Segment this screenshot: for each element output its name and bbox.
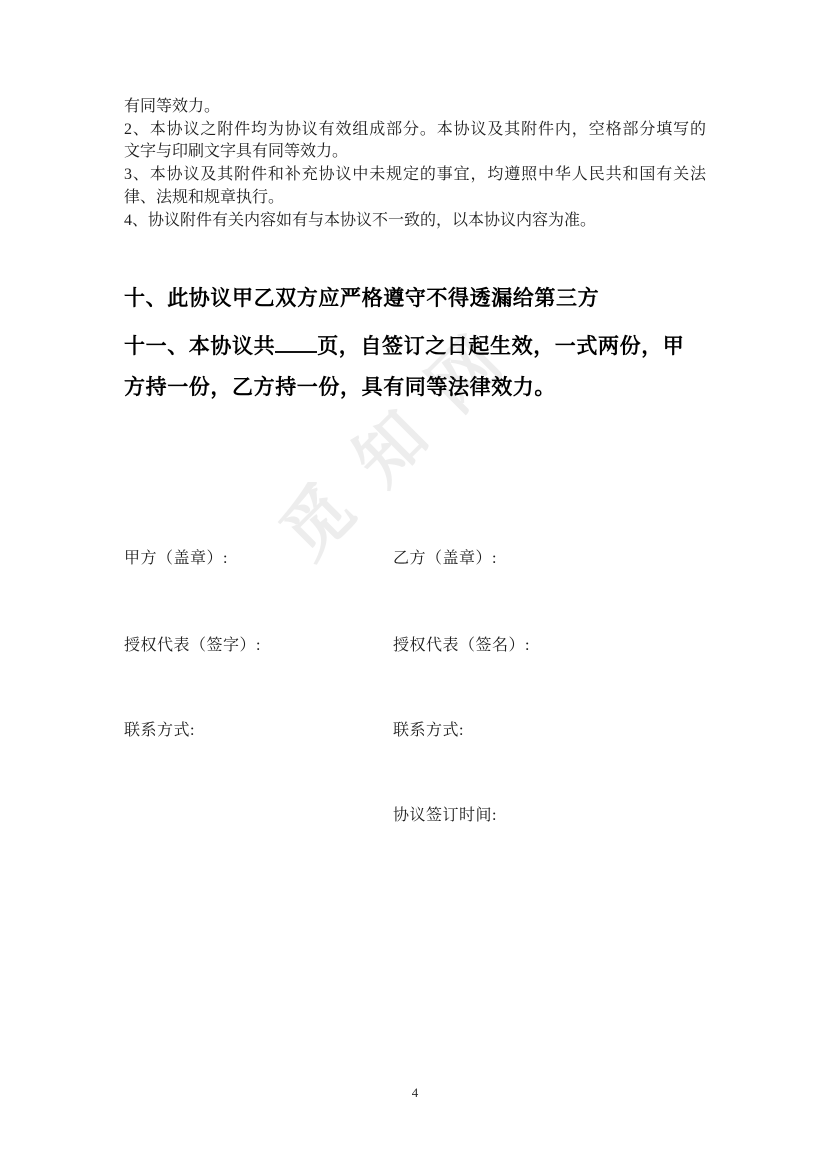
clause-ten-heading: 十、此协议甲乙双方应严格遵守不得透漏给第三方 bbox=[124, 282, 724, 312]
party-a-seal-label: 甲方（盖章）: bbox=[124, 545, 228, 568]
clause-eleven-line1: 十一、本协议共页，自签订之日起生效，一式两份，甲 bbox=[124, 326, 724, 367]
clause-eleven-line2: 方持一份，乙方持一份，具有同等法律效力。 bbox=[124, 367, 724, 408]
clause-line: 3、本协议及其附件和补充协议中未规定的事宜，均遵照中华人民共和国有关法 bbox=[124, 164, 706, 187]
party-a-contact-label: 联系方式: bbox=[124, 717, 195, 740]
document-page: 觅知网 有同等效力。 2、本协议之附件均为协议有效组成部分。本协议及其附件内，空… bbox=[0, 0, 830, 1174]
clause-eleven-after-blank: 页，自签订之日起生效，一式两份，甲 bbox=[317, 334, 684, 358]
agreement-sign-date-label: 协议签订时间: bbox=[393, 802, 497, 825]
party-b-contact-label: 联系方式: bbox=[393, 717, 464, 740]
clause-line: 有同等效力。 bbox=[124, 96, 706, 119]
clause-line: 2、本协议之附件均为协议有效组成部分。本协议及其附件内，空格部分填写的 bbox=[124, 119, 706, 142]
clause-eleven-prefix: 十一、本协议共 bbox=[124, 334, 275, 358]
party-a-representative-label: 授权代表（签字）: bbox=[124, 632, 261, 655]
clauses-block: 有同等效力。 2、本协议之附件均为协议有效组成部分。本协议及其附件内，空格部分填… bbox=[124, 96, 706, 232]
party-b-seal-label: 乙方（盖章）: bbox=[393, 545, 497, 568]
party-b-representative-label: 授权代表（签名）: bbox=[393, 632, 530, 655]
clause-line: 文字与印刷文字具有同等效力。 bbox=[124, 141, 706, 164]
clause-line: 4、协议附件有关内容如有与本协议不一致的，以本协议内容为准。 bbox=[124, 210, 706, 233]
clause-line: 律、法规和规章执行。 bbox=[124, 187, 706, 210]
clause-eleven-heading: 十一、本协议共页，自签订之日起生效，一式两份，甲 方持一份，乙方持一份，具有同等… bbox=[124, 326, 724, 408]
page-number: 4 bbox=[0, 1085, 830, 1101]
page-count-blank bbox=[275, 349, 317, 353]
